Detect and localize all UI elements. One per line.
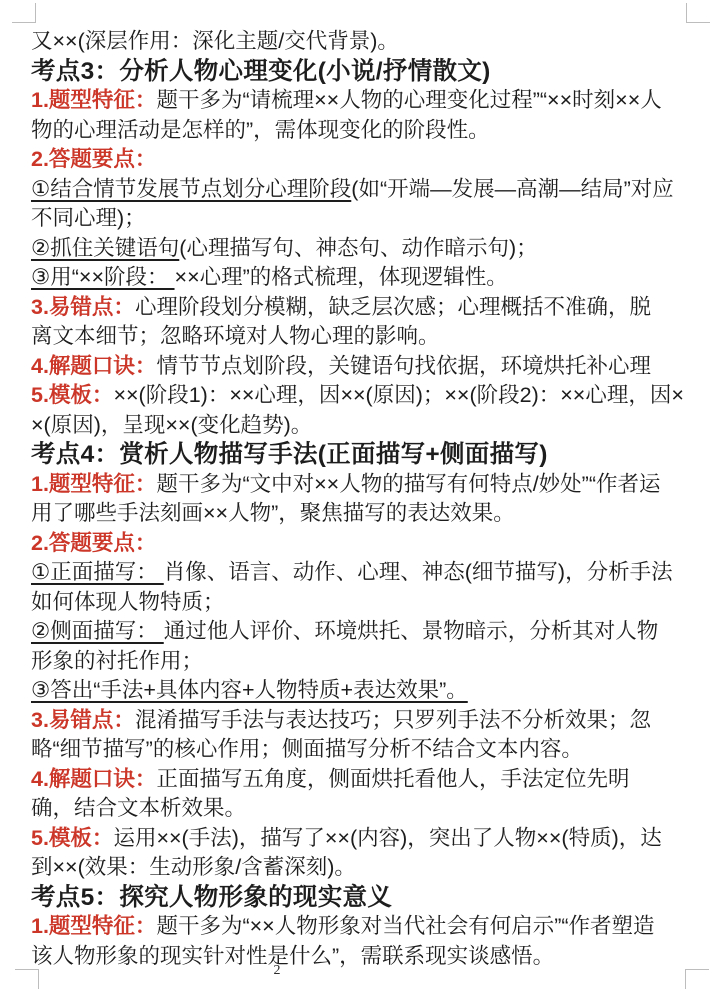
document-line: ③用“××阶段： ××心理”的格式梳理，体现逻辑性。 — [31, 263, 703, 293]
underlined-text: ①结合情节发展节点划分心理阶段 — [31, 177, 351, 201]
document-line: 2.答题要点： — [31, 529, 703, 559]
underlined-text: ③答出“手法+具体内容+人物特质+表达效果”。 — [31, 678, 468, 702]
section-label: 3.易错点： — [31, 708, 135, 732]
text-run: 考点3：分析人物心理变化(小说/抒情散文) — [31, 58, 491, 85]
text-run: 不同心理)； — [31, 206, 146, 230]
section-label: 2.答题要点： — [31, 531, 156, 555]
text-run: 题干多为“请梳理××人物的心理变化过程”“××时刻××人 — [156, 88, 661, 112]
corner-mark-bottom-right — [685, 969, 709, 989]
section-label: 2.答题要点： — [31, 147, 156, 171]
text-run: 考点5：探究人物形象的现实意义 — [31, 884, 392, 911]
document-text: 又××(深层作用：深化主题/交代背景)。考点3：分析人物心理变化(小说/抒情散文… — [31, 27, 703, 971]
text-run: 题干多为“文中对××人物的描写有何特点/妙处”“作者运 — [156, 472, 660, 496]
document-line: 物的心理活动是怎样的”，需体现变化的阶段性。 — [31, 116, 703, 146]
section-label: 5.模板： — [31, 826, 113, 850]
text-run: ×(原因)，呈现××(变化趋势)。 — [31, 413, 312, 437]
text-run: 正面描写五角度，侧面烘托看他人，手法定位先明 — [156, 767, 629, 791]
document-line: 又××(深层作用：深化主题/交代背景)。 — [31, 27, 703, 57]
text-run: ××心理”的格式梳理，体现逻辑性。 — [175, 265, 508, 289]
underlined-text: ③用“××阶段： — [31, 265, 175, 289]
document-line: ×(原因)，呈现××(变化趋势)。 — [31, 411, 703, 441]
corner-mark-top-left — [12, 3, 36, 23]
text-run: 肖像、语言、动作、心理、神态(细节描写)，分析手法 — [164, 560, 673, 584]
section-label: 5.模板： — [31, 383, 113, 407]
underlined-text: ②侧面描写： — [31, 619, 164, 643]
text-run: (如“开端—发展—高潮—结局”对应 — [351, 177, 673, 201]
document-line: 用了哪些手法刻画××人物”，聚焦描写的表达效果。 — [31, 499, 703, 529]
document-line: 4.解题口诀：情节节点划阶段，关键语句找依据，环境烘托补心理 — [31, 352, 703, 382]
document-line: 1.题型特征：题干多为“请梳理××人物的心理变化过程”“××时刻××人 — [31, 86, 703, 116]
document-line: 到××(效果：生动形象/含蓄深刻)。 — [31, 853, 703, 883]
document-line: ②抓住关键语句(心理描写句、神态句、动作暗示句)； — [31, 234, 703, 264]
document-line: 确，结合文本析效果。 — [31, 794, 703, 824]
document-line: 离文本细节；忽略环境对人物心理的影响。 — [31, 322, 703, 352]
text-run: 物的心理活动是怎样的”，需体现变化的阶段性。 — [31, 118, 490, 142]
document-line: 3.易错点：心理阶段划分模糊，缺乏层次感；心理概括不准确，脱 — [31, 293, 703, 323]
text-run: ××(阶段1)：××心理，因××(原因)；××(阶段2)：××心理，因× — [113, 383, 684, 407]
heading-line: 考点5：探究人物形象的现实意义 — [31, 883, 703, 913]
section-label: 3.易错点： — [31, 295, 135, 319]
document-line: 3.易错点：混淆描写手法与表达技巧；只罗列手法不分析效果；忽 — [31, 706, 703, 736]
section-label: 1.题型特征： — [31, 472, 156, 496]
document-line: ①结合情节发展节点划分心理阶段(如“开端—发展—高潮—结局”对应 — [31, 175, 703, 205]
page: { "page": { "number": "2", "accent_red":… — [0, 0, 720, 992]
text-run: 形象的衬托作用； — [31, 649, 203, 673]
underlined-text: ②抓住关键语句 — [31, 236, 179, 260]
document-line: 4.解题口诀：正面描写五角度，侧面烘托看他人，手法定位先明 — [31, 765, 703, 795]
text-run: 如何体现人物特质； — [31, 590, 225, 614]
document-line: 该人物形象的现实针对性是什么”，需联系现实谈感悟。 — [31, 942, 703, 972]
text-run: 确，结合文本析效果。 — [31, 796, 246, 820]
text-run: 情节节点划阶段，关键语句找依据，环境烘托补心理 — [156, 354, 651, 378]
text-run: 运用××(手法)，描写了××(内容)，突出了人物××(特质)，达 — [113, 826, 661, 850]
corner-mark-top-right — [686, 3, 710, 23]
section-label: 1.题型特征： — [31, 914, 156, 938]
document-line: ①正面描写： 肖像、语言、动作、心理、神态(细节描写)，分析手法 — [31, 558, 703, 588]
text-run: 该人物形象的现实针对性是什么”，需联系现实谈感悟。 — [31, 944, 554, 968]
section-label: 4.解题口诀： — [31, 354, 156, 378]
text-run: 用了哪些手法刻画××人物”，聚焦描写的表达效果。 — [31, 501, 515, 525]
document-line: 如何体现人物特质； — [31, 588, 703, 618]
document-line: ③答出“手法+具体内容+人物特质+表达效果”。 — [31, 676, 703, 706]
text-run: 略“细节描写”的核心作用；侧面描写分析不结合文本内容。 — [31, 737, 583, 761]
text-run: 混淆描写手法与表达技巧；只罗列手法不分析效果；忽 — [135, 708, 651, 732]
text-run: 离文本细节；忽略环境对人物心理的影响。 — [31, 324, 440, 348]
document-line: 1.题型特征：题干多为“文中对××人物的描写有何特点/妙处”“作者运 — [31, 470, 703, 500]
document-line: 略“细节描写”的核心作用；侧面描写分析不结合文本内容。 — [31, 735, 703, 765]
document-line: 不同心理)； — [31, 204, 703, 234]
text-run: 考点4：赏析人物描写手法(正面描写+侧面描写) — [31, 441, 548, 468]
underlined-text: ①正面描写： — [31, 560, 164, 584]
corner-mark-bottom-left — [15, 969, 39, 989]
document-line: 2.答题要点： — [31, 145, 703, 175]
section-label: 4.解题口诀： — [31, 767, 156, 791]
text-run: 心理阶段划分模糊，缺乏层次感；心理概括不准确，脱 — [135, 295, 651, 319]
text-run: 通过他人评价、环境烘托、景物暗示，分析其对人物 — [164, 619, 659, 643]
page-number: 2 — [270, 963, 284, 979]
document-line: 形象的衬托作用； — [31, 647, 703, 677]
text-run: 到××(效果：生动形象/含蓄深刻)。 — [31, 855, 356, 879]
section-label: 1.题型特征： — [31, 88, 156, 112]
document-line: ②侧面描写： 通过他人评价、环境烘托、景物暗示，分析其对人物 — [31, 617, 703, 647]
text-run: (心理描写句、神态句、动作暗示句)； — [179, 236, 537, 260]
document-line: 1.题型特征：题干多为“××人物形象对当代社会有何启示”“作者塑造 — [31, 912, 703, 942]
document-line: 5.模板：运用××(手法)，描写了××(内容)，突出了人物××(特质)，达 — [31, 824, 703, 854]
heading-line: 考点3：分析人物心理变化(小说/抒情散文) — [31, 57, 703, 87]
text-run: 又××(深层作用：深化主题/交代背景)。 — [31, 29, 399, 53]
document-line: 5.模板：××(阶段1)：××心理，因××(原因)；××(阶段2)：××心理，因… — [31, 381, 703, 411]
heading-line: 考点4：赏析人物描写手法(正面描写+侧面描写) — [31, 440, 703, 470]
text-run: 题干多为“××人物形象对当代社会有何启示”“作者塑造 — [156, 914, 654, 938]
